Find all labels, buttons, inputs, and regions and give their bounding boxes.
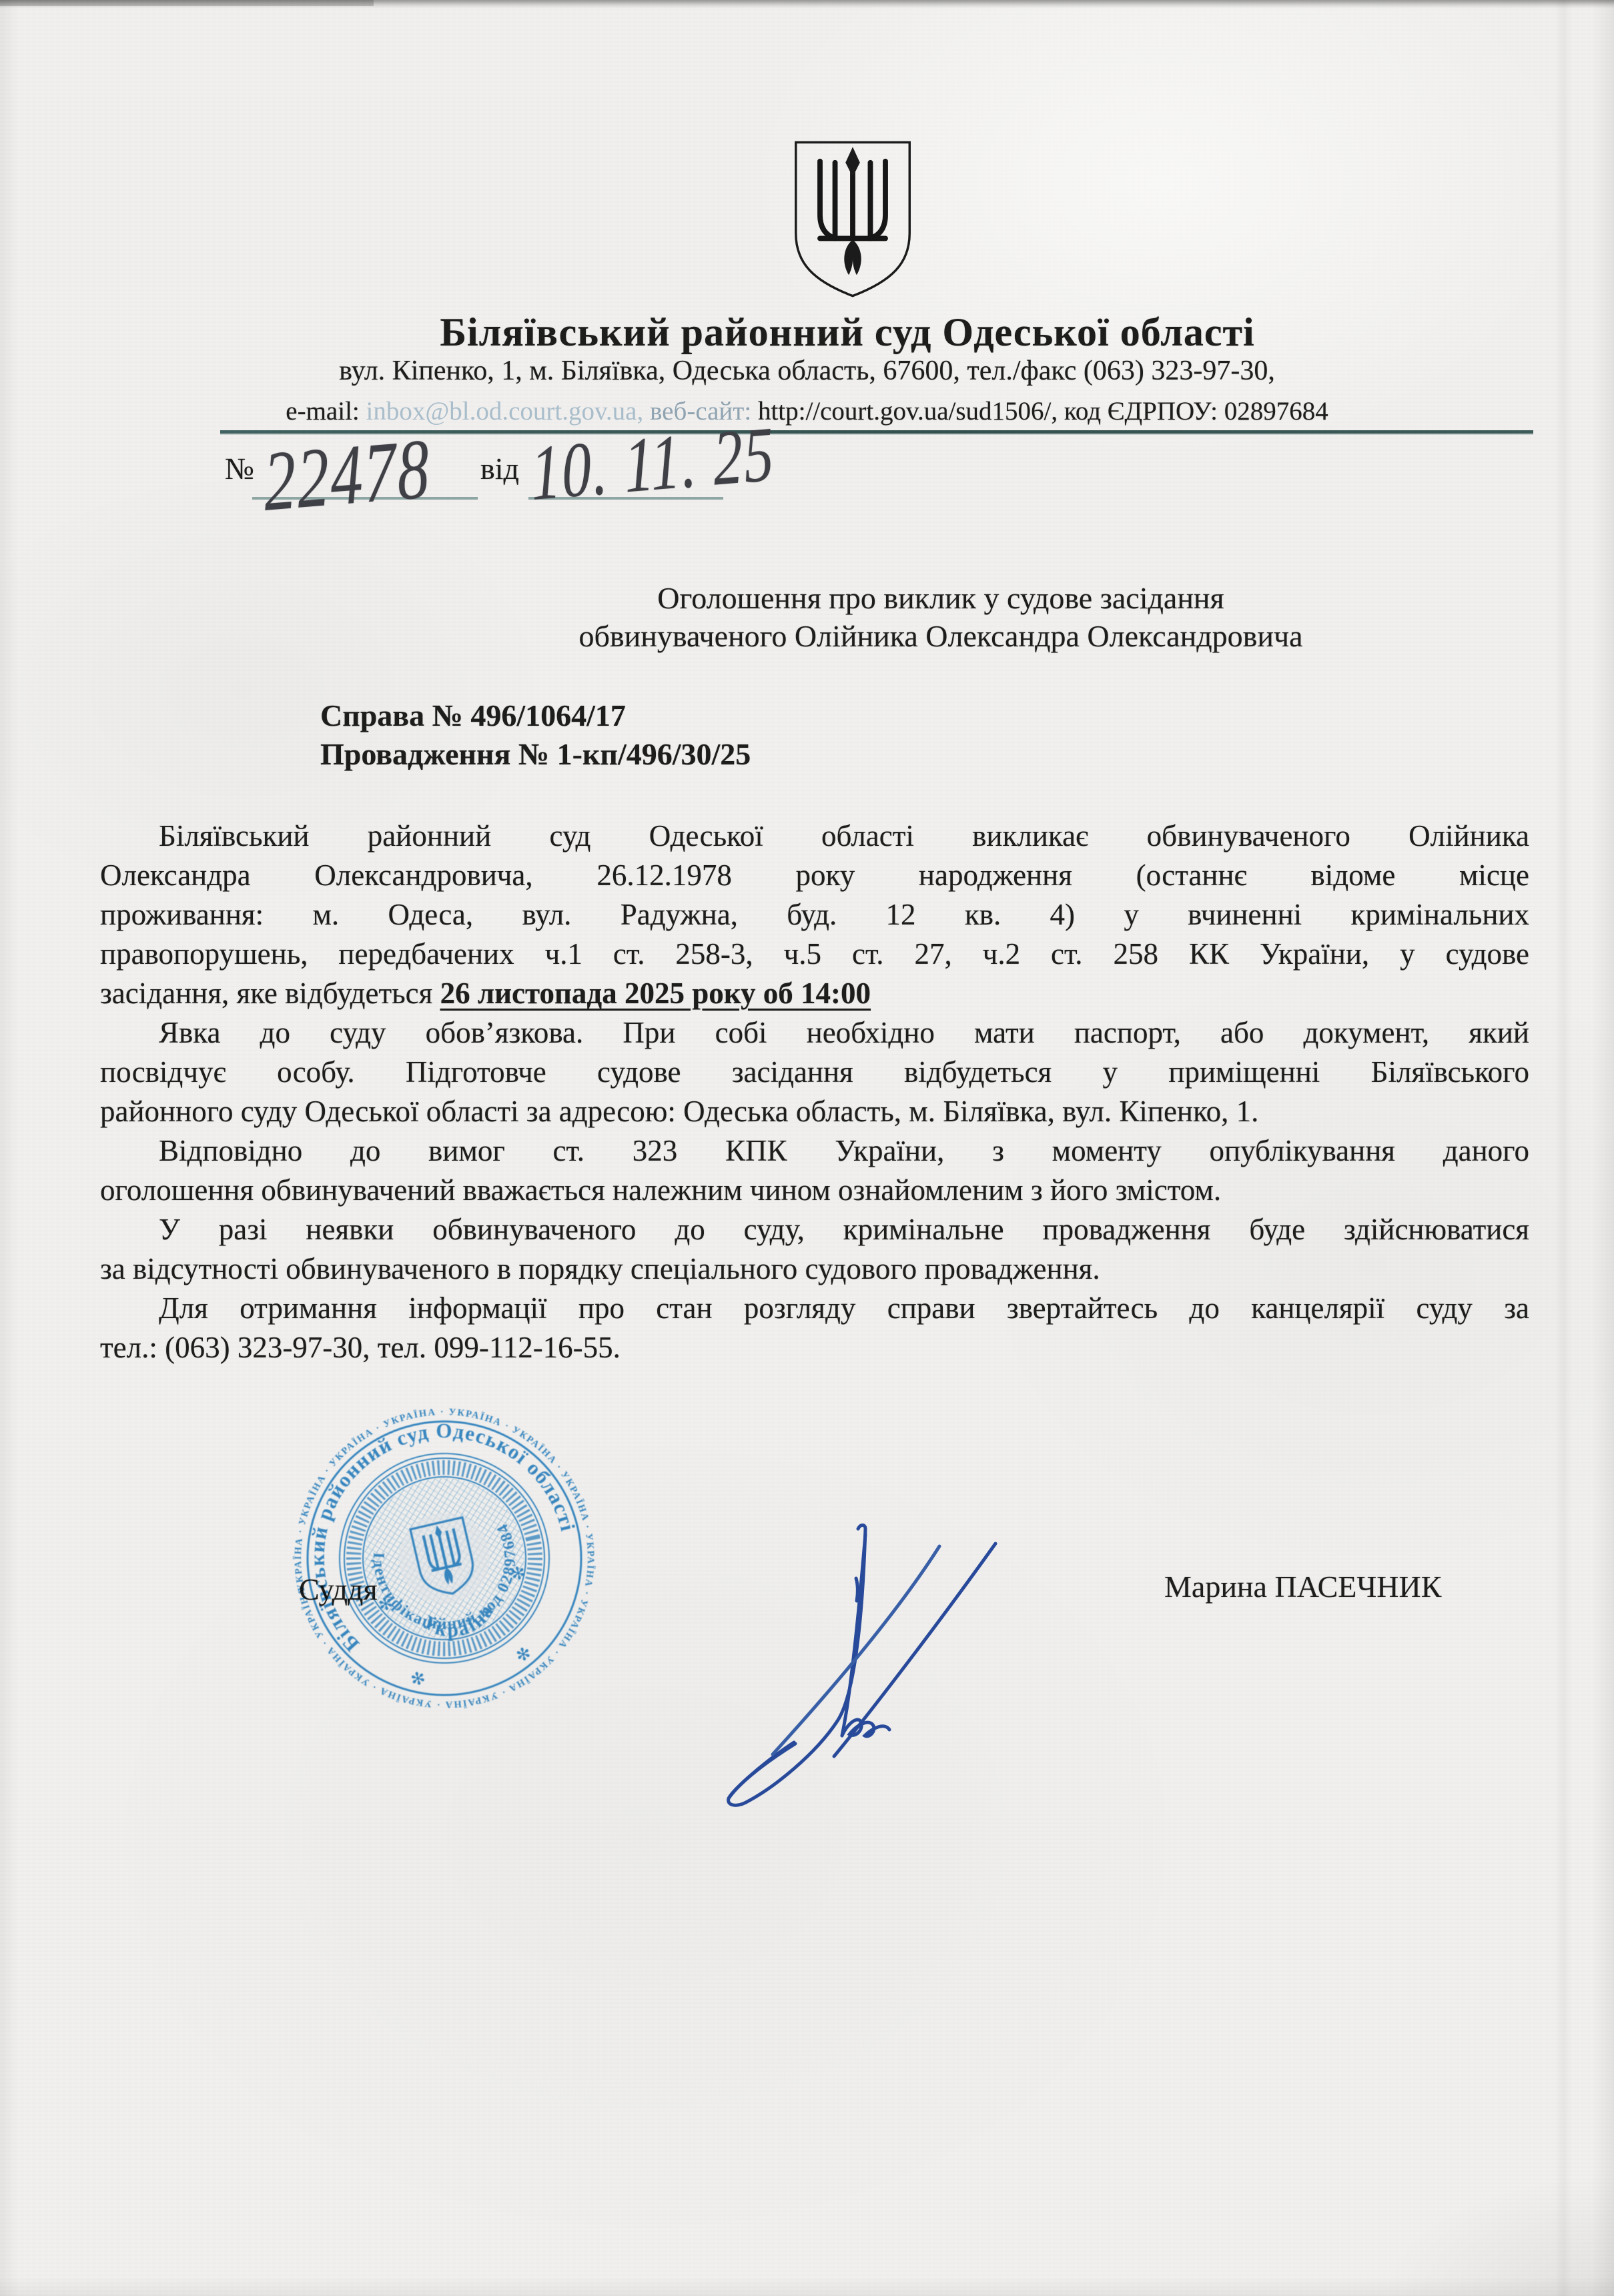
court-contacts-line: e-mail: inbox@bl.od.court.gov.ua, веб-са… (0, 396, 1614, 426)
body-line: правопорушень, передбачених ч.1 ст. 258-… (100, 935, 1529, 974)
case-number: Справа № 496/1064/17 (320, 696, 751, 735)
doc-date-label: від (480, 451, 519, 486)
announcement-title-line1: Оголошення про виклик у судове засідання (270, 579, 1611, 617)
body-line: посвідчує особу. Підготовче судове засід… (100, 1053, 1529, 1092)
court-name-title: Біляївський районний суд Одеської област… (80, 310, 1614, 356)
body-line: тел.: (063) 323-97-30, тел. 099-112-16-5… (100, 1328, 1529, 1367)
announcement-title-line2: обвинуваченого Олійника Олександра Олекс… (270, 617, 1611, 655)
scan-top-edge-shadow-dark (0, 0, 374, 6)
body-line: проживання: м. Одеса, вул. Радужна, буд.… (100, 895, 1529, 935)
edrpou-code: , код ЄДРПОУ: 02897684 (1051, 397, 1328, 426)
handwritten-doc-date: 10. 11. 25 (529, 410, 777, 519)
stamp-star-left: ✻ (409, 1668, 428, 1690)
email-label: e-mail: (286, 397, 366, 426)
announcement-heading: Оголошення про виклик у судове засідання… (270, 579, 1611, 655)
body-line: Явка до суду обов’язкова. При собі необх… (100, 1013, 1529, 1053)
handwritten-doc-number: 22478 (262, 419, 432, 531)
body-line: районного суду Одеської області за адрес… (100, 1092, 1529, 1131)
ukraine-trident-emblem (787, 137, 918, 302)
scanned-court-document: Біляївський районний суд Одеської област… (0, 0, 1614, 2296)
body-line-hearing-date: засідання, яке відбудеться 26 листопада … (100, 974, 1529, 1013)
case-reference-block: Справа № 496/1064/17 Провадження № 1-кп/… (320, 696, 751, 774)
body-line: Олександра Олександровича, 26.12.1978 ро… (100, 856, 1529, 895)
body-line: за відсутності обвинуваченого в порядку … (100, 1249, 1529, 1289)
body-line: Біляївський районний суд Одеської област… (100, 816, 1529, 856)
proceeding-number: Провадження № 1-кп/496/30/25 (320, 735, 751, 774)
court-stamp: УКРАЇНА · УКРАЇНА · УКРАЇНА · УКРАЇНА · … (252, 1366, 637, 1750)
court-address-line: вул. Кіпенко, 1, м. Біляївка, Одеська об… (0, 355, 1614, 387)
website-url: http://court.gov.ua/sud1506/ (758, 397, 1051, 426)
doc-number-label: № (225, 451, 254, 486)
body-line: Відповідно до вимог ст. 323 КПК України,… (100, 1131, 1529, 1171)
announcement-body: Біляївський районний суд Одеської област… (100, 816, 1529, 1367)
hearing-date-prefix: засідання, яке відбудеться (100, 977, 440, 1010)
judge-signature (694, 1494, 1041, 1854)
body-line: оголошення обвинувачений вважається нале… (100, 1171, 1529, 1210)
stamp-star-right: ✻ (514, 1644, 533, 1666)
judge-name: Марина ПАСЕЧНИК (1164, 1569, 1441, 1604)
body-line: У разі неявки обвинуваченого до суду, кр… (100, 1210, 1529, 1249)
stamp-artwork: УКРАЇНА · УКРАЇНА · УКРАЇНА · УКРАЇНА · … (252, 1366, 626, 1743)
hearing-date-value: 26 листопада 2025 року об 14:00 (440, 977, 871, 1010)
body-line: Для отримання інформації про стан розгля… (100, 1289, 1529, 1328)
